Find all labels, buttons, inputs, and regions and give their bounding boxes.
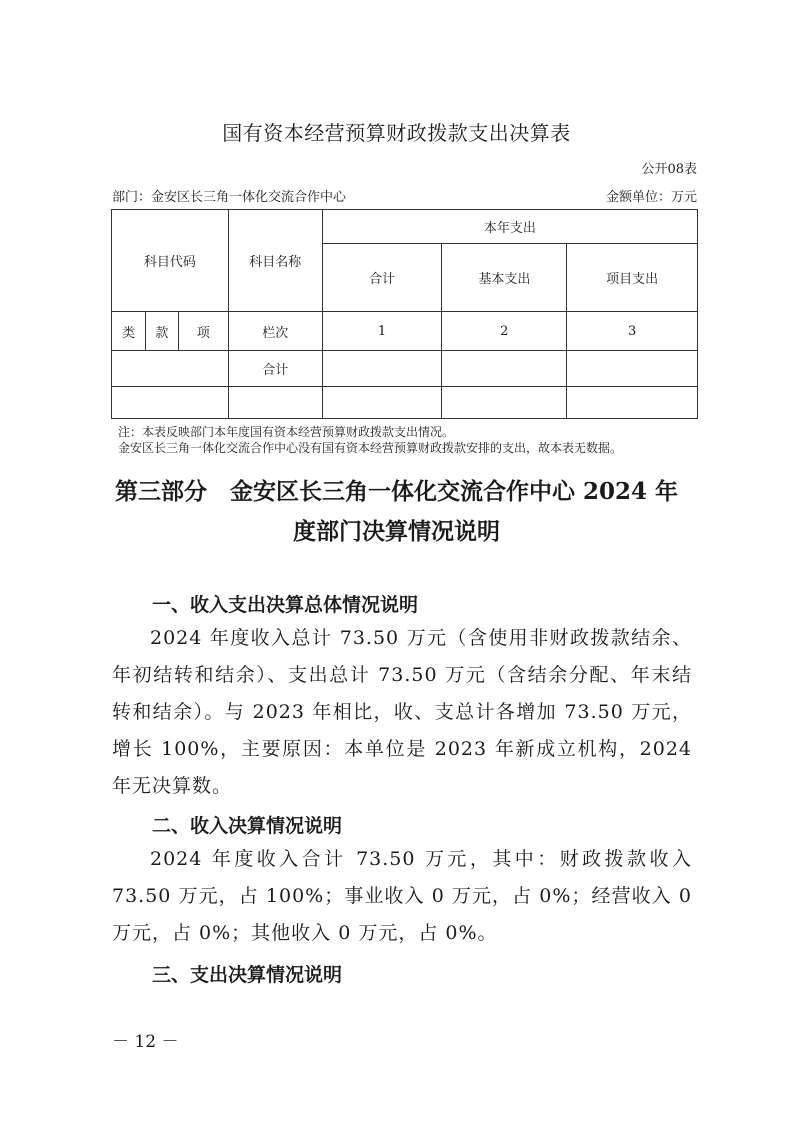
form-number: 公开08表 [641, 158, 697, 177]
table-note-2: 金安区长三角一体化交流合作中心没有国有资本经营预算财政拨款安排的支出，故本表无数… [118, 439, 622, 456]
section-heading-2: 二、收入决算情况说明 [152, 811, 342, 838]
paragraph-text: 2024 年度收入合计 73.50 万元，其中：财政拨款收入 73.50 万元，… [112, 848, 692, 944]
cell-code [112, 351, 229, 387]
header-current-year-expense: 本年支出 [322, 210, 697, 244]
cell-code [112, 387, 229, 419]
section-heading-3: 三、支出决算情况说明 [152, 960, 342, 987]
cell-name: 合计 [228, 351, 322, 387]
column-number-2: 2 [442, 312, 567, 351]
table-title: 国有资本经营预算财政拨款支出决算表 [0, 117, 793, 146]
department-label: 部门：金安区长三角一体化交流合作中心 [112, 186, 346, 205]
cell-project [567, 387, 698, 419]
section-paragraph-1: 2024 年度收入总计 73.50 万元（含使用非财政拨款结余、年初结转和结余）… [112, 620, 692, 805]
column-number-1: 1 [322, 312, 442, 351]
cell-total [322, 351, 442, 387]
part3-title-line2: 度部门决算情况说明 [0, 513, 793, 546]
column-number-3: 3 [567, 312, 698, 351]
header-column-index: 栏次 [228, 312, 322, 351]
cell-basic [442, 387, 567, 419]
cell-basic [442, 351, 567, 387]
budget-table: 科目代码 科目名称 本年支出 合计 基本支出 项目支出 类 款 项 栏次 1 2… [111, 209, 698, 419]
cell-total [322, 387, 442, 419]
cell-name [228, 387, 322, 419]
header-project-expense: 项目支出 [567, 244, 698, 312]
page-number: － 12 － [112, 1027, 178, 1052]
section-paragraph-2: 2024 年度收入合计 73.50 万元，其中：财政拨款收入 73.50 万元，… [112, 841, 692, 952]
header-basic-expense: 基本支出 [442, 244, 567, 312]
header-total: 合计 [322, 244, 442, 312]
table-row: 合计 [112, 351, 698, 387]
header-subject-code: 科目代码 [112, 210, 229, 312]
header-section: 款 [145, 312, 178, 351]
table-row [112, 387, 698, 419]
cell-project [567, 351, 698, 387]
part3-title-line1: 第三部分 金安区长三角一体化交流合作中心 2024 年 [0, 473, 793, 506]
header-category: 类 [112, 312, 146, 351]
amount-unit-label: 金额单位：万元 [606, 186, 697, 205]
paragraph-text: 2024 年度收入总计 73.50 万元（含使用非财政拨款结余、年初结转和结余）… [112, 627, 692, 797]
section-heading-1: 一、收入支出决算总体情况说明 [152, 590, 418, 617]
header-item: 项 [178, 312, 228, 351]
header-subject-name: 科目名称 [228, 210, 322, 312]
table-note-1: 注：本表反映部门本年度国有资本经营预算财政拨款支出情况。 [118, 423, 454, 440]
